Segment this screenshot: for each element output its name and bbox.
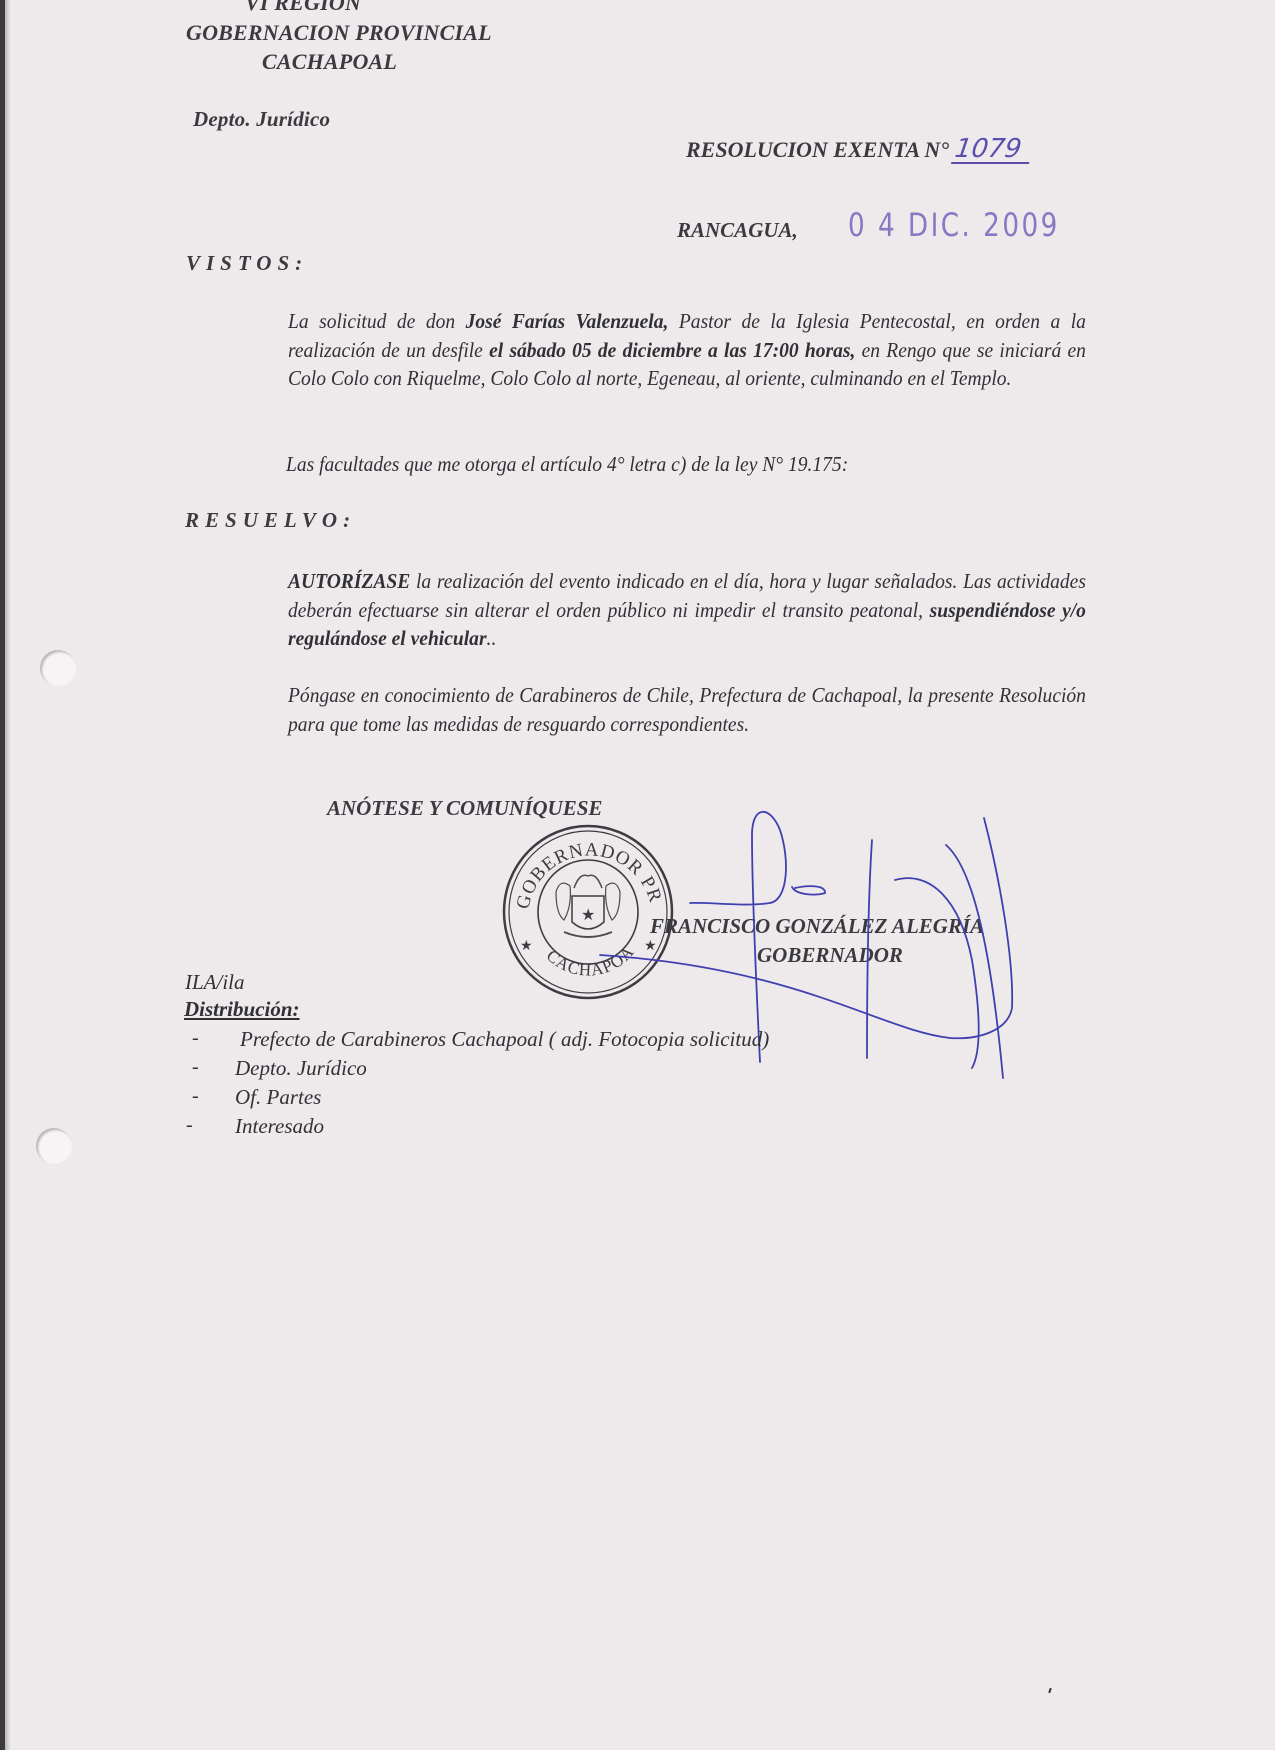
typist-initials: ILA/ila [185, 970, 245, 995]
list-bullet: - [192, 1027, 199, 1050]
distribution-heading: Distribución: [184, 997, 300, 1022]
distribution-item: Interesado [235, 1114, 324, 1139]
handwritten-signature-icon [0, 0, 1275, 1750]
list-bullet: - [186, 1114, 193, 1137]
list-bullet: - [192, 1056, 199, 1079]
distribution-item: Depto. Jurídico [235, 1056, 367, 1081]
distribution-item: Prefecto de Carabineros Cachapoal ( adj.… [240, 1027, 769, 1052]
distribution-item: Of. Partes [235, 1085, 321, 1110]
list-bullet: - [192, 1085, 199, 1108]
